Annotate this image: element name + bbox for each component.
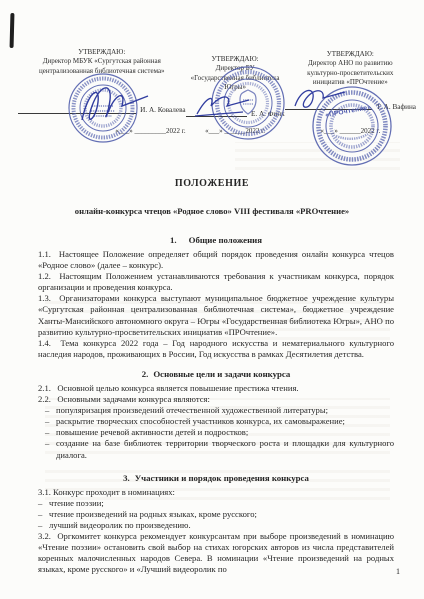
paragraph: 1.4. Тема конкурса 2022 года – Год народ… — [38, 338, 394, 360]
scan-artifact-mark — [10, 13, 14, 48]
section-heading-2: 2.Основные цели и задачи конкурса — [38, 369, 394, 379]
paragraph: 3.2. Оргкомитет конкурса рекомендует кон… — [38, 531, 394, 575]
bullet-list: популяризация произведений отечественной… — [38, 405, 394, 460]
section-heading-3: 3.Участники и порядок проведения конкурс… — [38, 473, 394, 483]
bullet-list: чтение поэзии; чтение произведений на ро… — [38, 498, 394, 531]
list-item: создание на базе библиотек территории тв… — [45, 438, 394, 460]
paragraph: 1.2. Настоящим Положением устанавливаютс… — [38, 271, 394, 293]
approval-label: УТВЕРЖДАЮ: — [18, 48, 186, 57]
list-item: чтение поэзии; — [38, 498, 394, 509]
section-title: Участники и порядок проведения конкурса — [135, 473, 309, 483]
approval-label: УТВЕРЖДАЮ: — [285, 50, 416, 59]
approval-org-line: Директор МБУК «Сургутская районная — [18, 57, 186, 66]
document-title: ПОЛОЖЕНИЕ — [0, 178, 424, 189]
document-body: 1.Общие положения 1.1. Настоящее Положен… — [38, 232, 394, 575]
section-title: Общие положения — [189, 235, 262, 245]
section-number: 3. — [123, 473, 130, 483]
paragraph: 2.1. Основной целью конкурса является по… — [38, 383, 394, 394]
page-number: 1 — [396, 567, 400, 576]
section-number: 1. — [170, 235, 177, 245]
list-item: чтение произведений на родных языках, кр… — [38, 509, 394, 520]
approval-org-line: культурно-просветительских — [285, 69, 416, 78]
paragraph: 2.2. Основными задачами конкурса являютс… — [38, 394, 394, 405]
signature-ink — [193, 88, 255, 125]
paragraph: 1.3. Организаторами конкурса выступают м… — [38, 293, 394, 337]
section-heading-1: 1.Общие положения — [38, 235, 394, 245]
section-number: 2. — [142, 369, 149, 379]
paragraph: 3.1. Конкурс проходит в номинациях: — [38, 487, 394, 498]
paragraph: 1.1. Настоящее Положение определяет общи… — [38, 249, 394, 271]
section-title: Основные цели и задачи конкурса — [153, 369, 290, 379]
list-item: повышение речевой активности детей и под… — [45, 427, 394, 438]
document-page: УТВЕРЖДАЮ: Директор МБУК «Сургутская рай… — [0, 0, 424, 599]
signature-ink — [76, 82, 156, 133]
list-item: популяризация произведений отечественной… — [45, 405, 394, 416]
signature-ink — [291, 84, 349, 119]
document-subtitle: онлайн-конкурса чтецов «Родное слово» VI… — [0, 206, 424, 216]
list-item: раскрытие творческих способностей участн… — [45, 416, 394, 427]
approval-org-line: Директор АНО по развитию — [285, 59, 416, 68]
list-item: лучший видеоролик по произведению. — [38, 520, 394, 531]
